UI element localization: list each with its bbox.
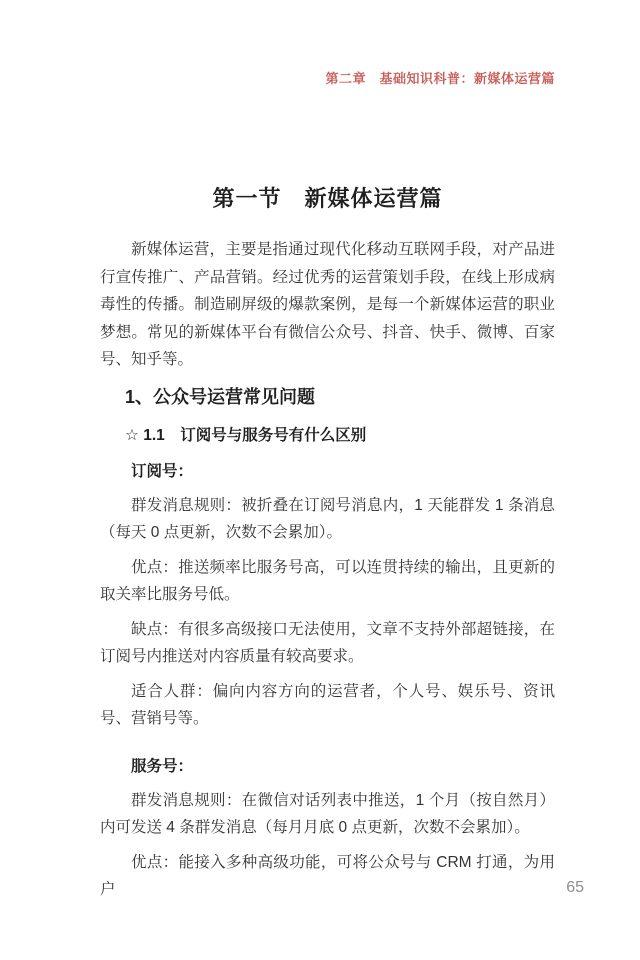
service-account-label: 服务号： [100,755,555,779]
service-rule-paragraph: 群发消息规则：在微信对话列表中推送，1 个月（按自然月）内可发送 4 条群发消息… [100,787,555,842]
page-content: 第一节 新媒体运营篇 新媒体运营，主要是指通过现代化移动互联网手段，对产品进行宣… [100,0,555,911]
subscription-pros-paragraph: 优点：推送频率比服务号高，可以连贯持续的输出，且更新的取关率比服务号低。 [100,554,555,609]
service-pros-paragraph: 优点：能接入多种高级功能，可将公众号与 CRM 打通，为用户 [100,849,555,904]
subscription-audience-paragraph: 适合人群：偏向内容方向的运营者，个人号、娱乐号、资讯号、营销号等。 [100,678,555,733]
subheading-subscription-vs-service: ☆ 1.1 订阅号与服务号有什么区别 [100,424,555,448]
subscription-cons-paragraph: 缺点：有很多高级接口无法使用，文章不支持外部超链接，在订阅号内推送对内容质量有较… [100,616,555,671]
document-page: 第二章 基础知识科普：新媒体运营篇 第一节 新媒体运营篇 新媒体运营，主要是指通… [0,0,640,960]
subscription-rule-paragraph: 群发消息规则：被折叠在订阅号消息内，1 天能群发 1 条消息（每天 0 点更新，… [100,492,555,547]
section-title: 第一节 新媒体运营篇 [100,184,555,214]
page-number: 65 [566,878,584,898]
intro-paragraph: 新媒体运营，主要是指通过现代化移动互联网手段，对产品进行宣传推广、产品营销。经过… [100,236,555,374]
subscription-account-label: 订阅号： [100,460,555,484]
heading-common-questions: 1、公众号运营常见问题 [100,384,555,410]
